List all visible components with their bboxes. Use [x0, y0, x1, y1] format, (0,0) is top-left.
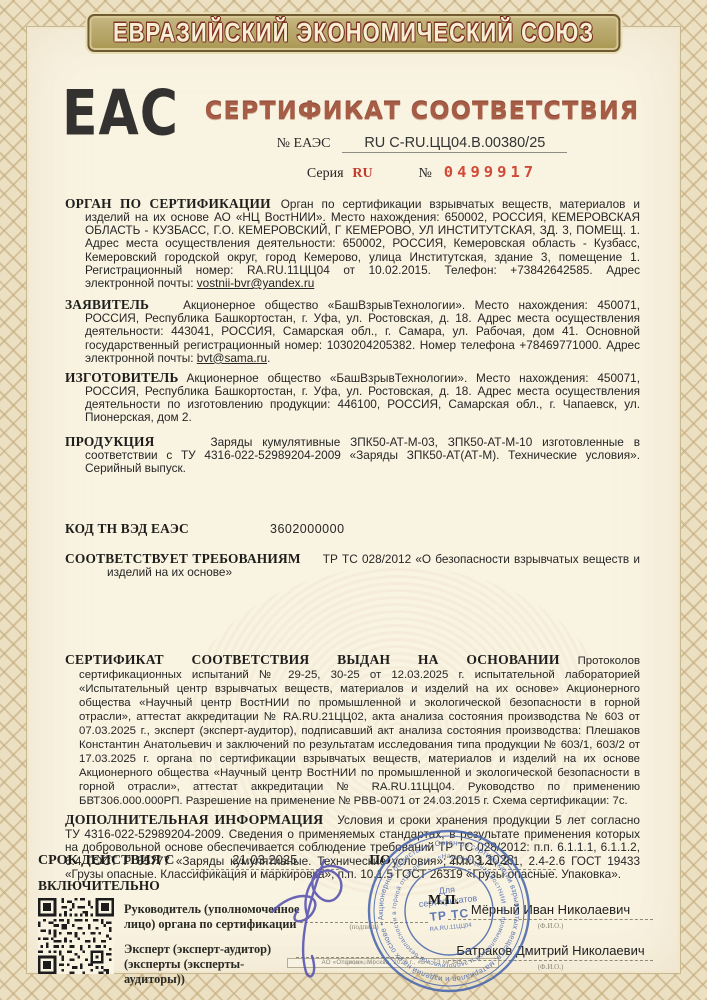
eac-mark: ЕАС [62, 78, 179, 150]
mp-seal-label: М.П. [428, 893, 459, 909]
handwritten-signature-ink [252, 852, 402, 982]
eaeu-banner: ЕВРАЗИЙСКИЙ ЭКОНОМИЧЕСКИЙ СОЮЗ [87, 14, 620, 52]
certificate-overlay: ЕВРАЗИЙСКИЙ ЭКОНОМИЧЕСКИЙ СОЮЗ ЕАС СРОК … [0, 0, 707, 1000]
validity-from-label: СРОК ДЕЙСТВИЯ С [38, 853, 174, 868]
stamp-center-line4: RA.RU.11ЦЦ04 [430, 923, 473, 933]
certificate-page: СЕРТИФИКАТ СООТВЕТСТВИЯ № ЕАЭС RU C-RU.Ц… [0, 0, 707, 1000]
qr-code [38, 898, 114, 974]
validity-inclusive-label: ВКЛЮЧИТЕЛЬНО [38, 878, 160, 894]
eaeu-banner-text: ЕВРАЗИЙСКИЙ ЭКОНОМИЧЕСКИЙ СОЮЗ [113, 17, 594, 48]
